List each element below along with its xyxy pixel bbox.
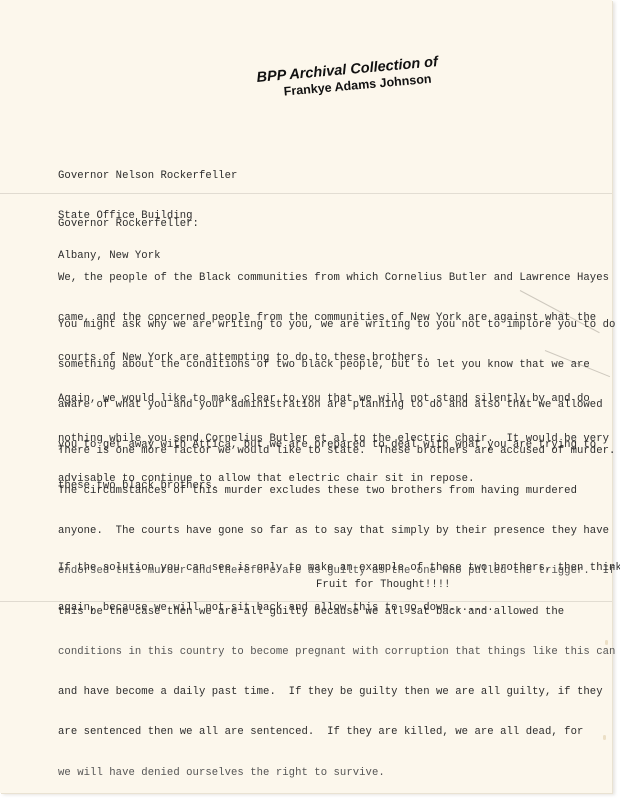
text-line: we will have denied ourselves the right … (58, 767, 615, 780)
text-line: We, the people of the Black communities … (58, 272, 609, 285)
text-line: If the solution you can see is only to m… (58, 562, 620, 575)
text-line: The circumstances of this murder exclude… (58, 485, 615, 498)
text-line: conditions in this country to become pre… (58, 646, 615, 659)
text-line: Again, we would like to make clear to yo… (58, 393, 609, 406)
salutation: Governor Rockerfeller: (58, 218, 199, 231)
text-line: are sentenced then we all are sentenced.… (58, 726, 615, 739)
text-line: You might ask why we are writing to you,… (58, 319, 615, 332)
closing-line: Fruit for Thought!!!! (316, 579, 451, 592)
letter-page: BPP Archival Collection of Frankye Adams… (0, 0, 612, 793)
text-line: and have become a daily past time. If th… (58, 686, 615, 699)
address-line: Governor Nelson Rockerfeller (58, 170, 237, 183)
text-line: again, because we will not sit back and … (58, 602, 620, 615)
archival-stamp: BPP Archival Collection of Frankye Adams… (256, 54, 440, 102)
text-line: There is one more factor we would like t… (58, 445, 615, 458)
